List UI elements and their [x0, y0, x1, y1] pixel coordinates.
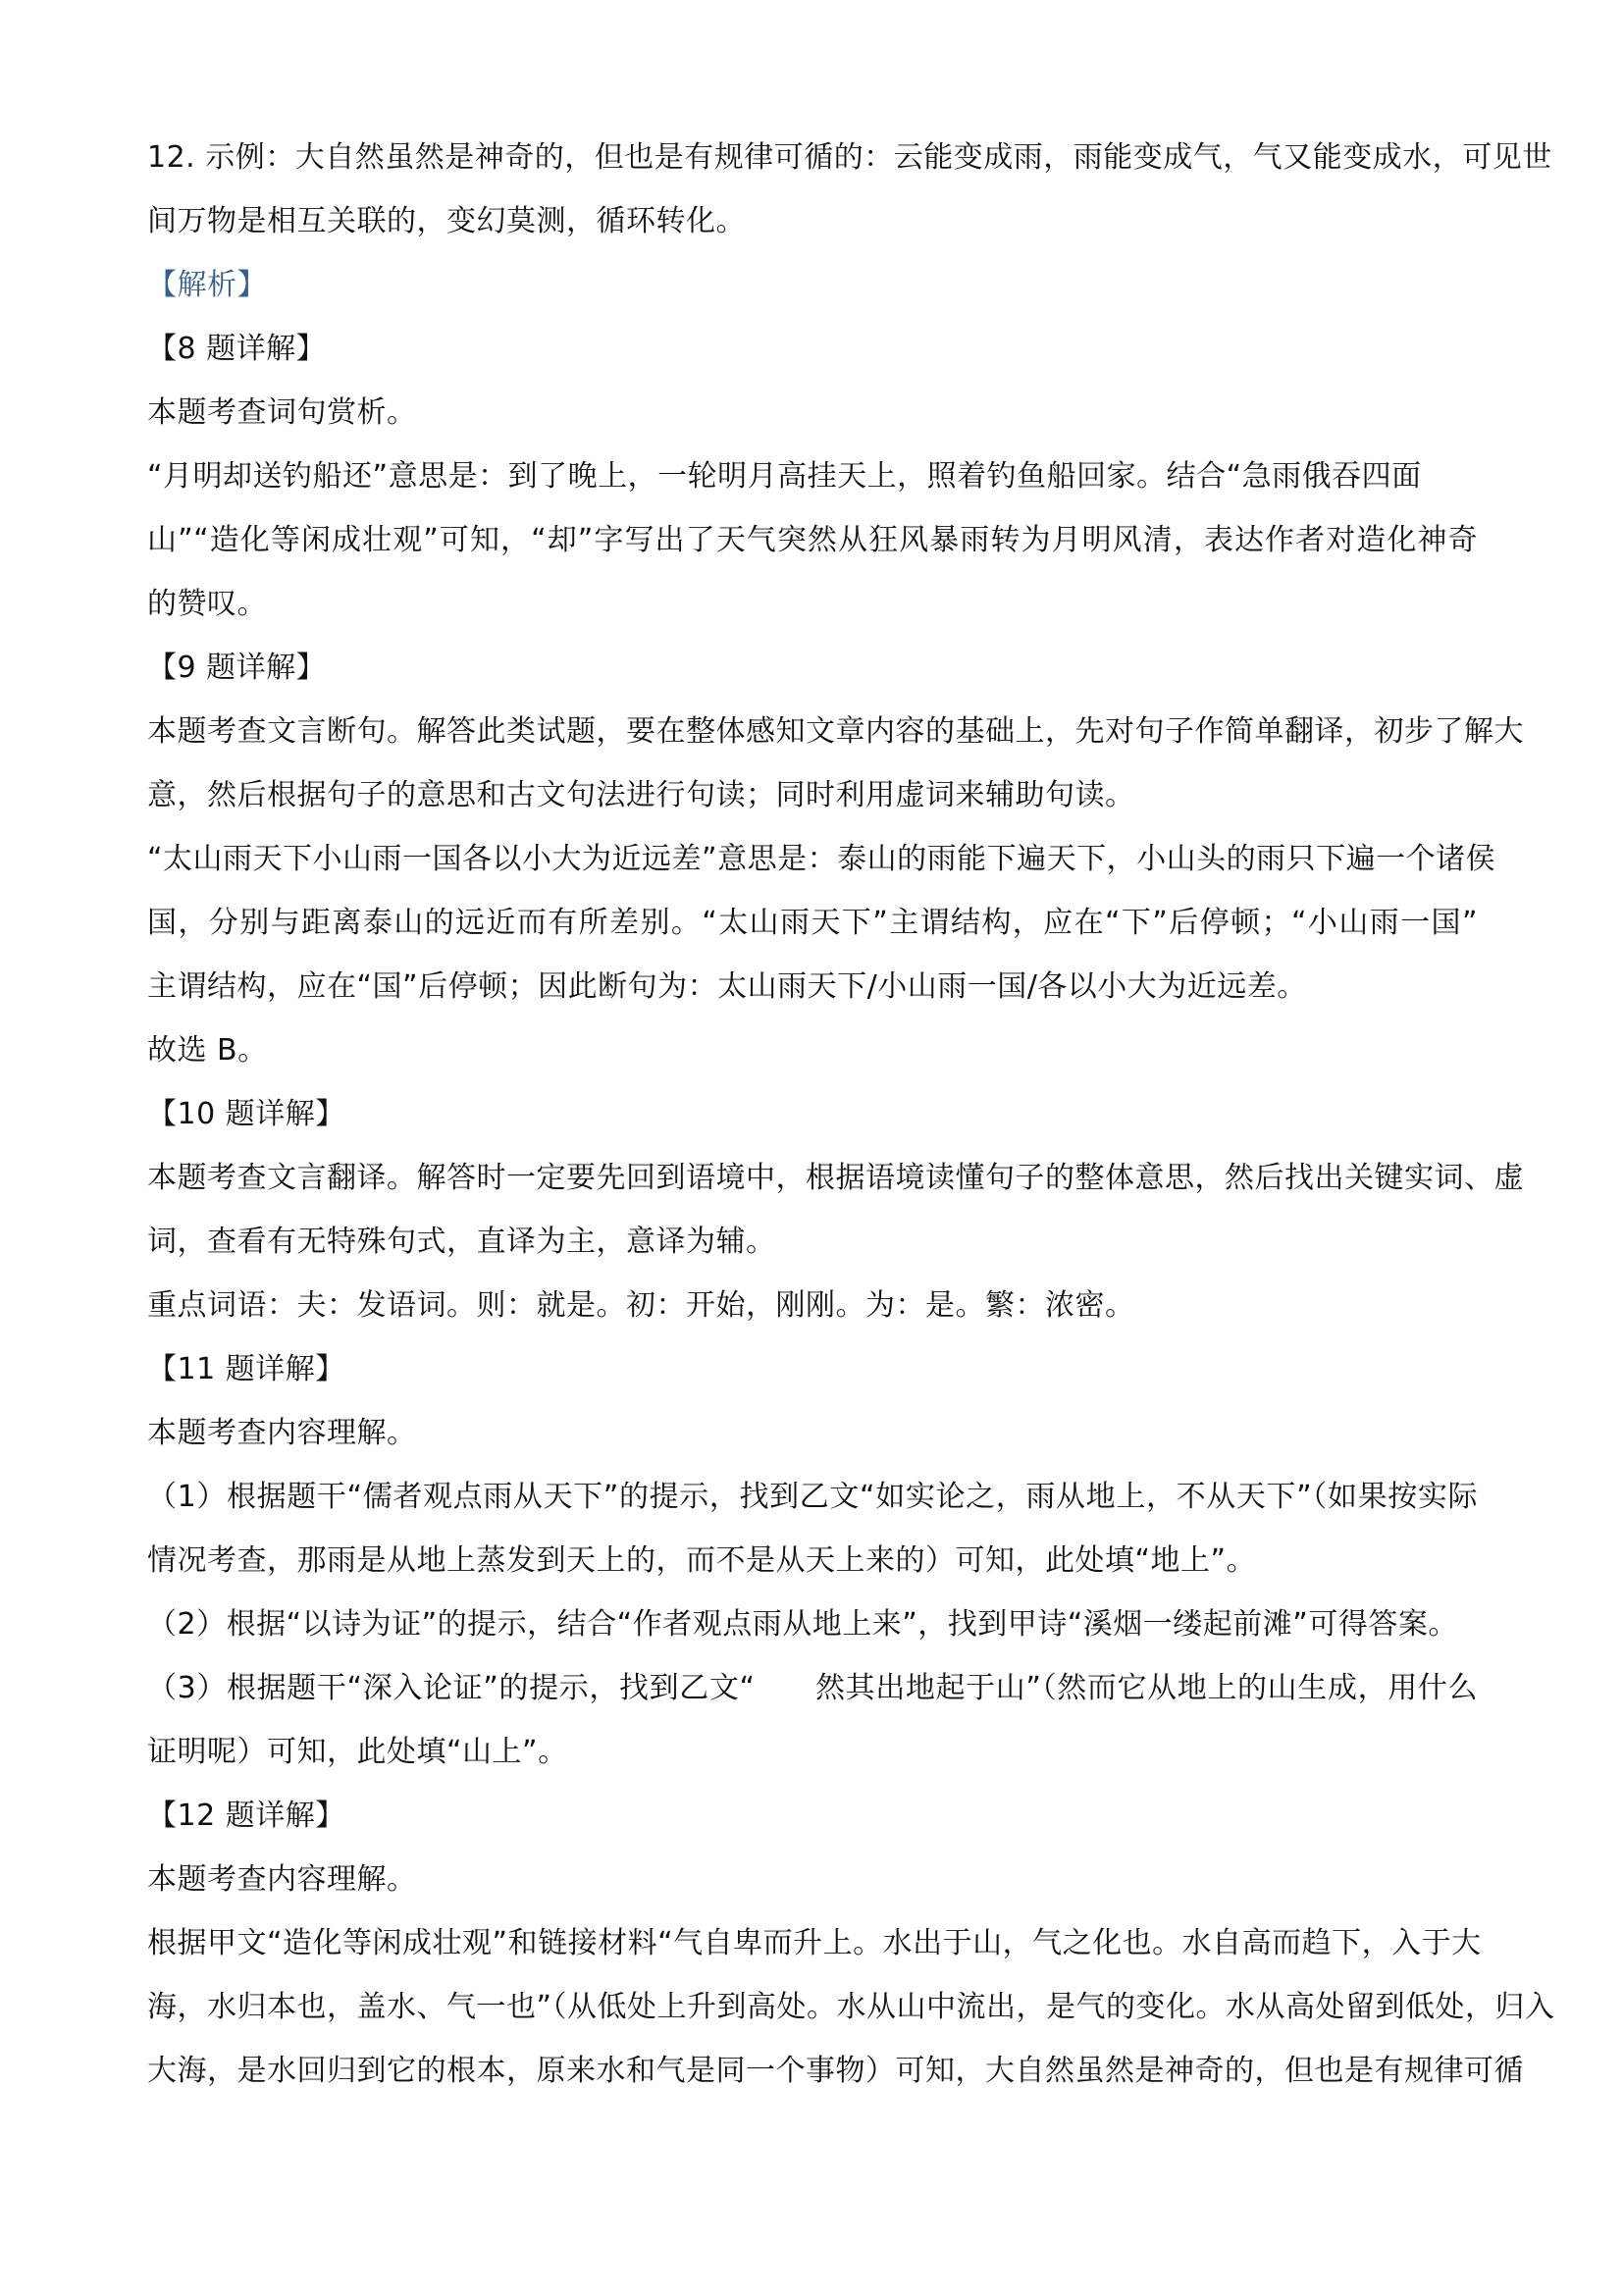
paragraph-line: 故选 B。 [147, 1018, 1482, 1082]
paragraph-line: “月明却送钓船还”意思是：到了晚上，一轮明月高挂天上，照着钓鱼船回家。结合“急雨… [147, 444, 1482, 508]
document-page: 12. 示例：大自然虽然是神奇的，但也是有规律可循的：云能变成雨，雨能变成气，气… [147, 126, 1482, 2103]
paragraph-line: 海，水归本也，盖水、气一也”（从低处上升到高处。水从山中流出，是气的变化。水从高… [147, 1975, 1478, 2039]
paragraph-line: 本题考查内容理解。 [147, 1848, 1482, 1911]
paragraph-line: （1）根据题干“儒者观点雨从天下”的提示，找到乙文“如实论之，雨从地上，不从天下… [147, 1465, 1478, 1529]
paragraph-line: 重点词语：夫：发语词。则：就是。初：开始，刚刚。为：是。繁：浓密。 [147, 1274, 1482, 1337]
paragraph-line: 本题考查文言断句。解答此类试题，要在整体感知文章内容的基础上，先对句子作简单翻译… [147, 700, 1478, 763]
section-q12: 【12 题详解】 本题考查内容理解。 根据甲文“造化等闲成壮观”和链接材料“气自… [147, 1784, 1482, 2103]
paragraph-line: 本题考查内容理解。 [147, 1401, 1482, 1465]
answer-line: 间万物是相互关联的，变幻莫测，循环转化。 [147, 189, 1482, 253]
paragraph-line: （2）根据“以诗为证”的提示，结合“作者观点雨从地上来”，找到甲诗“溪烟一缕起前… [147, 1592, 1482, 1656]
analysis-label: 【解析】 [147, 253, 1482, 317]
section-q11: 【11 题详解】 本题考查内容理解。 （1）根据题干“儒者观点雨从天下”的提示，… [147, 1337, 1482, 1784]
paragraph-line: 国，分别与距离泰山的远近而有所差别。“太山雨天下”主谓结构，应在“下”后停顿；“… [147, 891, 1478, 955]
section-heading: 【9 题详解】 [147, 636, 1482, 700]
paragraph-line: （3）根据题干“深入论证”的提示，找到乙文“ 然其出地起于山”（然而它从地上的山… [147, 1656, 1478, 1720]
paragraph-line: 根据甲文“造化等闲成壮观”和链接材料“气自卑而升上。水出于山，气之化也。水自高而… [147, 1911, 1478, 1975]
paragraph-line: 词，查看有无特殊句式，直译为主，意译为辅。 [147, 1210, 1482, 1274]
paragraph-line: 本题考查词句赏析。 [147, 381, 1482, 444]
paragraph-line: 证明呢）可知，此处填“山上”。 [147, 1720, 1482, 1784]
paragraph-line: 主谓结构，应在“国”后停顿；因此断句为：太山雨天下/小山雨一国/各以小大为近远差… [147, 955, 1482, 1018]
section-heading: 【12 题详解】 [147, 1784, 1482, 1848]
paragraph-line: 意，然后根据句子的意思和古文句法进行句读；同时利用虚词来辅助句读。 [147, 763, 1482, 827]
section-q10: 【10 题详解】 本题考查文言翻译。解答时一定要先回到语境中，根据语境读懂句子的… [147, 1082, 1482, 1337]
paragraph-line: 情况考查，那雨是从地上蒸发到天上的，而不是从天上来的）可知，此处填“地上”。 [147, 1529, 1482, 1592]
section-heading: 【8 题详解】 [147, 317, 1482, 381]
paragraph-line: 山”“造化等闲成壮观”可知，“却”字写出了天气突然从狂风暴雨转为月明风清，表达作… [147, 508, 1478, 572]
paragraph-line: “太山雨天下小山雨一国各以小大为近远差”意思是：泰山的雨能下遍天下，小山头的雨只… [147, 827, 1478, 891]
section-heading: 【10 题详解】 [147, 1082, 1482, 1146]
section-heading: 【11 题详解】 [147, 1337, 1482, 1401]
section-q9: 【9 题详解】 本题考查文言断句。解答此类试题，要在整体感知文章内容的基础上，先… [147, 636, 1482, 1082]
answer-line: 12. 示例：大自然虽然是神奇的，但也是有规律可循的：云能变成雨，雨能变成气，气… [147, 126, 1478, 189]
paragraph-line: 大海，是水回归到它的根本，原来水和气是同一个事物）可知，大自然虽然是神奇的，但也… [147, 2039, 1478, 2103]
paragraph-line: 的赞叹。 [147, 572, 1482, 636]
section-q8: 【8 题详解】 本题考查词句赏析。 “月明却送钓船还”意思是：到了晚上，一轮明月… [147, 317, 1482, 636]
paragraph-line: 本题考查文言翻译。解答时一定要先回到语境中，根据语境读懂句子的整体意思，然后找出… [147, 1146, 1478, 1210]
